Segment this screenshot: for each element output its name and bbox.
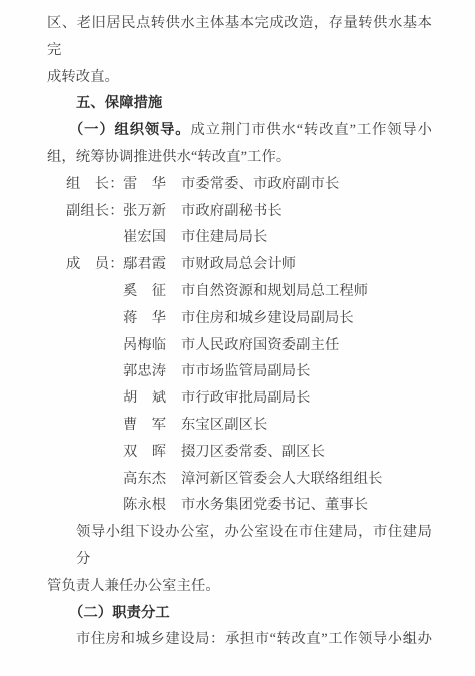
heading-text: （一）组织领导。 — [69, 122, 191, 138]
person-title: 市行政审批局副局长 — [181, 385, 311, 412]
body-text: 组，统筹协调推进供水“转改直”工作。 — [47, 149, 290, 165]
subsection-heading-2: （二）职责分工 — [47, 600, 432, 627]
person-title: 漳河新区管委会人大联络组组长 — [181, 466, 383, 493]
person-name: 雷 华 — [123, 171, 166, 198]
person-row-member-3: 蒋 华市住房和城乡建设局副局长 — [47, 305, 432, 332]
heading-text: 五、保障措施 — [76, 95, 162, 111]
person-title: 市住房和城乡建设局副局长 — [181, 305, 354, 332]
subsection-1-line-2: 组，统筹协调推进供水“转改直”工作。 — [47, 144, 432, 171]
person-title: 市政府副秘书长 — [181, 198, 282, 225]
person-name: 高东杰 — [123, 466, 166, 493]
person-name: 蒋 华 — [123, 305, 166, 332]
person-row-member-2: 奚 征市自然资源和规划局总工程师 — [47, 278, 432, 305]
person-row-member-6: 胡 斌市行政审批局副局长 — [47, 385, 432, 412]
heading-text: （二）职责分工 — [69, 605, 170, 621]
body-text: 领导小组下设办公室，办公室设在市住建局，市住建局分 — [76, 524, 432, 567]
body-text: 成立荆门市供水“转改直”工作领导小 — [191, 122, 433, 138]
person-row-deputy-2: 崔宏国市住建局局长 — [47, 224, 432, 251]
role-label: 成 员： — [66, 251, 124, 278]
document-page: 区、老旧居民点转供水主体基本完成改造，存量转供水基本完成转改直。五、保障措施（一… — [0, 0, 475, 676]
document-content: 区、老旧居民点转供水主体基本完成改造，存量转供水基本完成转改直。五、保障措施（一… — [47, 10, 432, 653]
person-row-leader: 组 长：雷 华市委常委、市政府副市长 — [47, 171, 432, 198]
page-number: - 5 - — [394, 630, 426, 648]
para-office-line-2: 管负责人兼任办公室主任。 — [47, 573, 432, 600]
person-title: 掇刀区委常委、副区长 — [181, 439, 325, 466]
person-row-member-9: 高东杰漳河新区管委会人大联络组组长 — [47, 466, 432, 493]
para-office-line-1: 领导小组下设办公室，办公室设在市住建局，市住建局分 — [47, 519, 432, 573]
person-row-member-8: 双 晖掇刀区委常委、副区长 — [47, 439, 432, 466]
body-text: 管负责人兼任办公室主任。 — [47, 578, 220, 594]
person-title: 市水务集团党委书记、董事长 — [181, 492, 368, 519]
person-title: 市人民政府国资委副主任 — [181, 332, 339, 359]
person-title: 市自然资源和规划局总工程师 — [181, 278, 368, 305]
person-name: 陈永根 — [123, 492, 166, 519]
person-name: 张万新 — [123, 198, 166, 225]
person-name: 曹 军 — [123, 412, 166, 439]
role-label: 副组长： — [66, 198, 124, 225]
person-name: 崔宏国 — [123, 224, 166, 251]
body-text: 区、老旧居民点转供水主体基本完成改造，存量转供水基本完 — [47, 15, 432, 58]
body-text: 成转改直。 — [47, 69, 119, 85]
person-title: 市住建局局长 — [181, 224, 267, 251]
person-row-member-5: 郭忠涛市市场监管局副局长 — [47, 358, 432, 385]
person-name: 鄢君霞 — [123, 251, 166, 278]
person-row-member-4: 呙梅临市人民政府国资委副主任 — [47, 332, 432, 359]
person-title: 市财政局总会计师 — [181, 251, 296, 278]
person-title: 市委常委、市政府副市长 — [181, 171, 339, 198]
role-label: 组 长： — [66, 171, 124, 198]
person-row-member-7: 曹 军东宝区副区长 — [47, 412, 432, 439]
person-name: 奚 征 — [123, 278, 166, 305]
para-duties-line-1: 市住房和城乡建设局：承担市“转改直”工作领导小组办 — [47, 626, 432, 653]
person-title: 市市场监管局副局长 — [181, 358, 311, 385]
person-name: 呙梅临 — [123, 332, 166, 359]
person-name: 双 晖 — [123, 439, 166, 466]
person-row-member-1: 成 员：鄢君霞市财政局总会计师 — [47, 251, 432, 278]
para-carryover-line-1: 区、老旧居民点转供水主体基本完成改造，存量转供水基本完 — [47, 10, 432, 64]
person-name: 胡 斌 — [123, 385, 166, 412]
person-name: 郭忠涛 — [123, 358, 166, 385]
para-carryover-line-2: 成转改直。 — [47, 64, 432, 91]
person-row-member-10: 陈永根市水务集团党委书记、董事长 — [47, 492, 432, 519]
subsection-heading-1-line-1: （一）组织领导。成立荆门市供水“转改直”工作领导小 — [47, 117, 432, 144]
person-title: 东宝区副区长 — [181, 412, 267, 439]
section-heading-5: 五、保障措施 — [47, 90, 432, 117]
person-row-deputy-1: 副组长：张万新市政府副秘书长 — [47, 198, 432, 225]
body-text: 市住房和城乡建设局：承担市“转改直”工作领导小组办 — [76, 631, 432, 647]
